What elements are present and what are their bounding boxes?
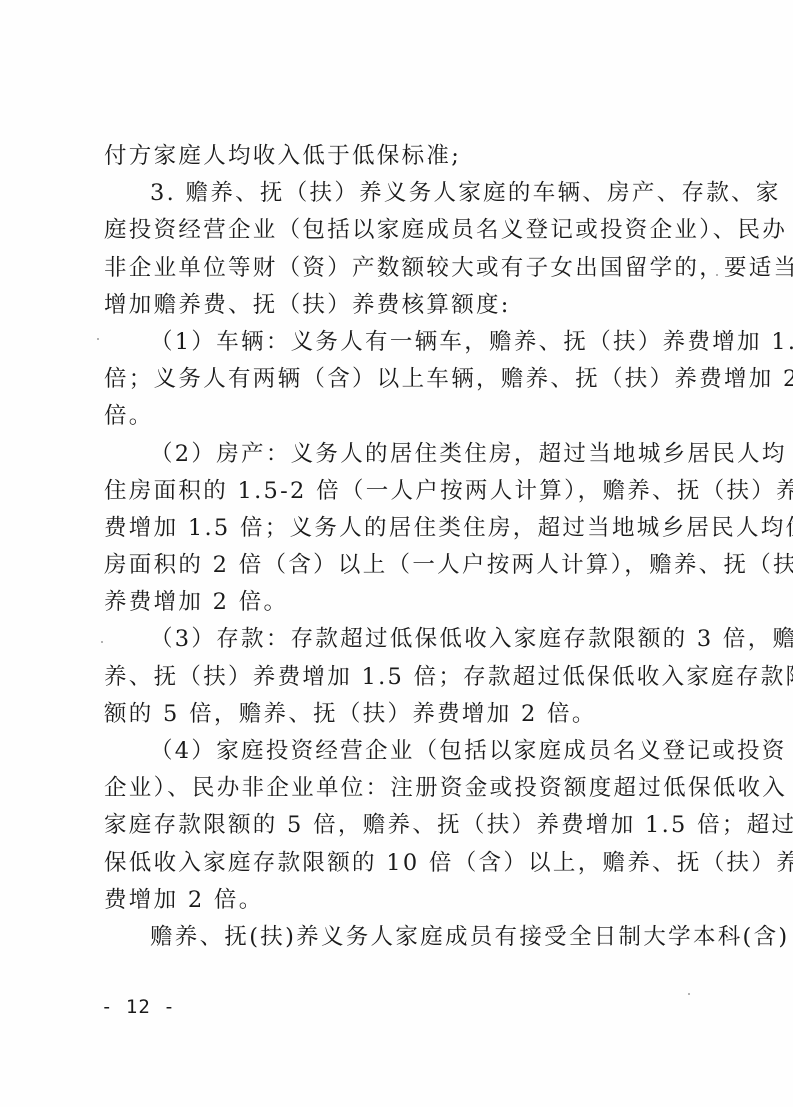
scan-speck — [716, 274, 718, 276]
scan-speck — [97, 338, 99, 340]
document-body: 付方家庭人均收入低于低保标准;3. 赡养、抚（扶）养义务人家庭的车辆、房产、存款… — [104, 138, 696, 956]
text-line: 养、抚（扶）养费增加 1.5 倍；存款超过低保低收入家庭存款限 — [104, 659, 696, 696]
text-line: 养费增加 2 倍。 — [104, 584, 696, 621]
text-line: （2）房产：义务人的居住类住房，超过当地城乡居民人均 — [104, 436, 696, 473]
text-line: （1）车辆：义务人有一辆车，赡养、抚（扶）养费增加 1.2 — [104, 324, 696, 361]
text-line: 非企业单位等财（资）产数额较大或有子女出国留学的，要适当 — [104, 250, 696, 287]
text-line: 保低收入家庭存款限额的 10 倍（含）以上，赡养、抚（扶）养 — [104, 845, 696, 882]
text-line: 倍；义务人有两辆（含）以上车辆，赡养、抚（扶）养费增加 2 — [104, 361, 696, 398]
page-number: - 12 - — [101, 996, 176, 1018]
text-line: 倍。 — [104, 398, 696, 435]
text-line: 费增加 1.5 倍；义务人的居住类住房，超过当地城乡居民人均住 — [104, 510, 696, 547]
text-line: 额的 5 倍，赡养、抚（扶）养费增加 2 倍。 — [104, 696, 696, 733]
document-page: 付方家庭人均收入低于低保标准;3. 赡养、抚（扶）养义务人家庭的车辆、房产、存款… — [0, 0, 793, 1107]
text-line: 家庭存款限额的 5 倍，赡养、抚（扶）养费增加 1.5 倍；超过低 — [104, 807, 696, 844]
text-line: 赡养、抚(扶)养义务人家庭成员有接受全日制大学本科(含) — [104, 919, 696, 956]
text-line: 付方家庭人均收入低于低保标准; — [104, 138, 696, 175]
text-line: 住房面积的 1.5-2 倍（一人户按两人计算），赡养、抚（扶）养 — [104, 473, 696, 510]
text-line: 房面积的 2 倍（含）以上（一人户按两人计算），赡养、抚（扶） — [104, 547, 696, 584]
text-line: 费增加 2 倍。 — [104, 882, 696, 919]
text-line: 庭投资经营企业（包括以家庭成员名义登记或投资企业）、民办 — [104, 212, 696, 249]
text-line: 增加赡养费、抚（扶）养费核算额度: — [104, 287, 696, 324]
text-line: 企业）、民办非企业单位：注册资金或投资额度超过低保低收入 — [104, 770, 696, 807]
scan-speck — [101, 641, 103, 643]
text-line: （4）家庭投资经营企业（包括以家庭成员名义登记或投资 — [104, 733, 696, 770]
scan-speck — [688, 993, 690, 995]
text-line: （3）存款：存款超过低保低收入家庭存款限额的 3 倍，赡 — [104, 621, 696, 658]
text-line: 3. 赡养、抚（扶）养义务人家庭的车辆、房产、存款、家 — [104, 175, 696, 212]
